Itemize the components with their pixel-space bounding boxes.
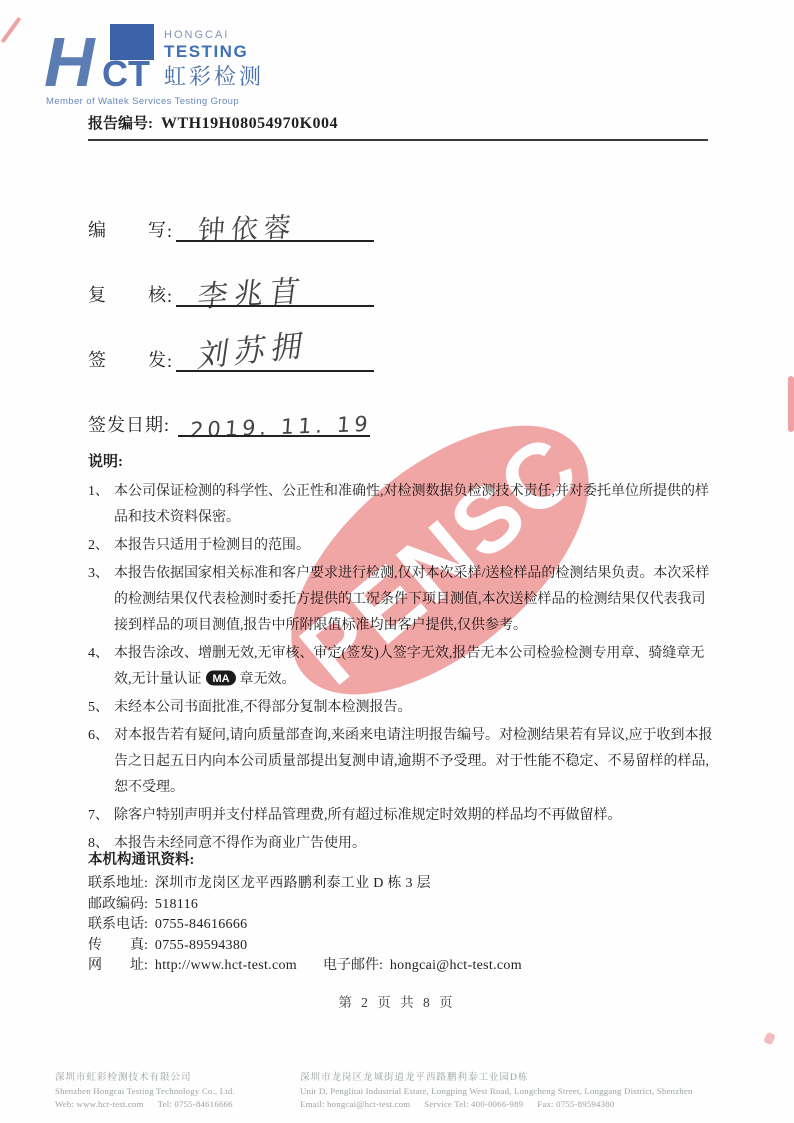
contact-row-web-email: 网 址:http://www.hct-test.com电子邮件:hongcai@… — [88, 956, 718, 977]
note-text: 本报告依据国家相关标准和客户要求进行检测,仅对本次采样/送检样品的检测结果负责。… — [114, 561, 718, 639]
scan-artifact-right-edge — [788, 376, 794, 432]
note-item-5: 5、 未经本公司书面批准,不得部分复制本检测报告。 — [88, 695, 718, 721]
scan-artifact-top-left — [1, 17, 22, 44]
logo-letter-h: H — [44, 23, 96, 101]
contact-section: 本机构通讯资料: 联系地址:深圳市龙岗区龙平西路鹏利泰工业 D 栋 3 层 邮政… — [88, 848, 718, 977]
contact-value: 0755-84616666 — [155, 917, 248, 932]
sig-label-char: 核 — [148, 281, 166, 307]
header-divider — [88, 139, 708, 141]
footer-company-en: Shenzhen Hongcai Testing Technology Co.,… — [55, 1085, 300, 1098]
sig-label-char: 编 — [88, 216, 106, 242]
logo-letters-ct: CT — [102, 53, 150, 94]
note-text-before-cma: 本报告涂改、增删无效,无审核、审定(签发)人签字无效,报告无本公司检验检测专用章… — [114, 646, 704, 687]
hct-logo: H CT HONGCAI TESTING 虹彩检测 Member of Walt… — [44, 18, 284, 110]
footer-company-cn: 深圳市虹彩检测技术有限公司 — [55, 1072, 300, 1085]
footer-address-cn: 深圳市龙岗区龙城街道龙平西路鹏利泰工业园D栋 — [300, 1072, 770, 1085]
note-number: 6、 — [88, 723, 114, 801]
contact-label: 传 真: — [88, 938, 148, 953]
sig-colon: : — [167, 286, 172, 307]
contact-row-phone: 联系电话:0755-84616666 — [88, 915, 718, 936]
sig-line-reviewer: 李兆苜 — [176, 267, 374, 307]
note-text: 本公司保证检测的科学性、公正性和准确性,对检测数据负检测技术责任,并对委托单位所… — [114, 479, 718, 531]
note-text-after-cma: 章无效。 — [240, 672, 296, 687]
note-number: 2、 — [88, 533, 114, 559]
note-text: 本报告涂改、增删无效,无审核、审定(签发)人签字无效,报告无本公司检验检测专用章… — [114, 641, 718, 693]
footer-email-servicetel-fax: Email: hongcai@hct-test.comService Tel: … — [300, 1098, 770, 1111]
footer-right-column: 深圳市龙岗区龙城街道龙平西路鹏利泰工业园D栋 Unit D, Penglitai… — [300, 1072, 770, 1111]
sig-label-writer: 编 写 — [88, 216, 166, 242]
issue-date-label: 签发日期: — [88, 411, 170, 437]
note-number: 7、 — [88, 803, 114, 829]
footer-web-tel: Web: www.hct-test.comTel: 0755-84616666 — [55, 1098, 300, 1111]
sig-row-reviewer: 复 核 : 李兆苜 — [88, 261, 374, 307]
handwritten-issue-date: 2019. 11. 19 — [189, 412, 372, 442]
logo-member-line: Member of Waltek Services Testing Group — [46, 96, 239, 107]
sig-label-char: 写 — [148, 216, 166, 242]
contact-heading: 本机构通讯资料: — [88, 848, 718, 869]
footer-tel: Tel: 0755-84616666 — [158, 1099, 233, 1109]
cma-certification-mark-icon: MA — [206, 670, 236, 686]
contact-value: 518116 — [155, 897, 198, 912]
footer-fax: Fax: 0755-89594380 — [537, 1099, 614, 1109]
handwritten-signature-writer: 钟依蓉 — [197, 205, 299, 248]
note-number: 1、 — [88, 479, 114, 531]
note-number: 5、 — [88, 695, 114, 721]
logo-testing-text: TESTING — [164, 42, 248, 61]
note-item-7: 7、 除客户特别声明并支付样品管理费,所有超过标准规定时效期的样品均不再做留样。 — [88, 803, 718, 829]
contact-email-label: 电子邮件: — [323, 958, 383, 973]
contact-row-fax: 传 真:0755-89594380 — [88, 936, 718, 957]
notes-section: 说明: 1、 本公司保证检测的科学性、公正性和准确性,对检测数据负检测技术责任,… — [88, 450, 718, 859]
note-number: 3、 — [88, 561, 114, 639]
note-text: 未经本公司书面批准,不得部分复制本检测报告。 — [114, 695, 718, 721]
sig-colon: : — [167, 221, 172, 242]
note-item-4: 4、 本报告涂改、增删无效,无审核、审定(签发)人签字无效,报告无本公司检验检测… — [88, 641, 718, 693]
contact-email-value: hongcai@hct-test.com — [390, 958, 522, 973]
report-number-label: 报告编号: — [88, 116, 153, 132]
logo-chinese-name: 虹彩检测 — [164, 64, 264, 89]
footer-service-tel: Service Tel: 400-0066-989 — [424, 1099, 523, 1109]
footer-address-en: Unit D, Penglitai Industrial Estate, Lon… — [300, 1085, 770, 1098]
sig-label-reviewer: 复 核 — [88, 281, 166, 307]
svg-text:MA: MA — [212, 673, 229, 685]
contact-row-address: 联系地址:深圳市龙岗区龙平西路鹏利泰工业 D 栋 3 层 — [88, 874, 718, 895]
footer-email: Email: hongcai@hct-test.com — [300, 1099, 410, 1109]
sig-label-char: 复 — [88, 281, 106, 307]
sig-line-issuer: 刘苏拥 — [176, 332, 374, 372]
sig-row-issuer: 签 发 : 刘苏拥 — [88, 326, 374, 372]
handwritten-signature-reviewer: 李兆苜 — [195, 266, 308, 316]
note-text: 本报告只适用于检测目的范围。 — [114, 533, 718, 559]
contact-label: 邮政编码: — [88, 897, 148, 912]
report-number-value: WTH19H08054970K004 — [161, 115, 338, 132]
sig-label-char: 发 — [148, 346, 166, 372]
sig-colon: : — [167, 351, 172, 372]
sig-row-issue-date: 签发日期: 2019. 11. 19 — [88, 391, 370, 437]
note-text: 对本报告若有疑问,请向质量部查询,来函来电请注明报告编号。对检测结果若有异议,应… — [114, 723, 718, 801]
notes-heading: 说明: — [88, 450, 718, 471]
note-text: 除客户特别声明并支付样品管理费,所有超过标准规定时效期的样品均不再做留样。 — [114, 803, 718, 829]
note-number: 4、 — [88, 641, 114, 693]
sig-label-char: 签 — [88, 346, 106, 372]
page-number: 第 2 页 共 8 页 — [0, 991, 794, 1011]
footer-web: Web: www.hct-test.com — [55, 1099, 144, 1109]
contact-label: 网 址: — [88, 958, 148, 973]
handwritten-signature-issuer: 刘苏拥 — [195, 319, 312, 377]
contact-label: 联系地址: — [88, 876, 148, 891]
sig-line-issue-date: 2019. 11. 19 — [178, 397, 370, 437]
sig-line-writer: 钟依蓉 — [176, 202, 374, 242]
scanned-report-page: H CT HONGCAI TESTING 虹彩检测 Member of Walt… — [0, 0, 794, 1123]
note-item-3: 3、 本报告依据国家相关标准和客户要求进行检测,仅对本次采样/送检样品的检测结果… — [88, 561, 718, 639]
scan-artifact-bottom-right — [763, 1032, 776, 1046]
contact-website-link: http://www.hct-test.com — [155, 958, 297, 973]
footer-left-column: 深圳市虹彩检测技术有限公司 Shenzhen Hongcai Testing T… — [55, 1072, 300, 1111]
contact-label: 联系电话: — [88, 917, 148, 932]
note-item-2: 2、 本报告只适用于检测目的范围。 — [88, 533, 718, 559]
contact-value: 0755-89594380 — [155, 938, 248, 953]
sig-label-issuer: 签 发 — [88, 346, 166, 372]
note-item-1: 1、 本公司保证检测的科学性、公正性和准确性,对检测数据负检测技术责任,并对委托… — [88, 479, 718, 531]
logo-hongcai-text: HONGCAI — [164, 29, 229, 41]
contact-value: 深圳市龙岗区龙平西路鹏利泰工业 D 栋 3 层 — [155, 876, 431, 891]
contact-row-postcode: 邮政编码:518116 — [88, 895, 718, 916]
report-number-row: 报告编号:WTH19H08054970K004 — [88, 112, 338, 133]
sig-row-writer: 编 写 : 钟依蓉 — [88, 196, 374, 242]
note-item-6: 6、 对本报告若有疑问,请向质量部查询,来函来电请注明报告编号。对检测结果若有异… — [88, 723, 718, 801]
